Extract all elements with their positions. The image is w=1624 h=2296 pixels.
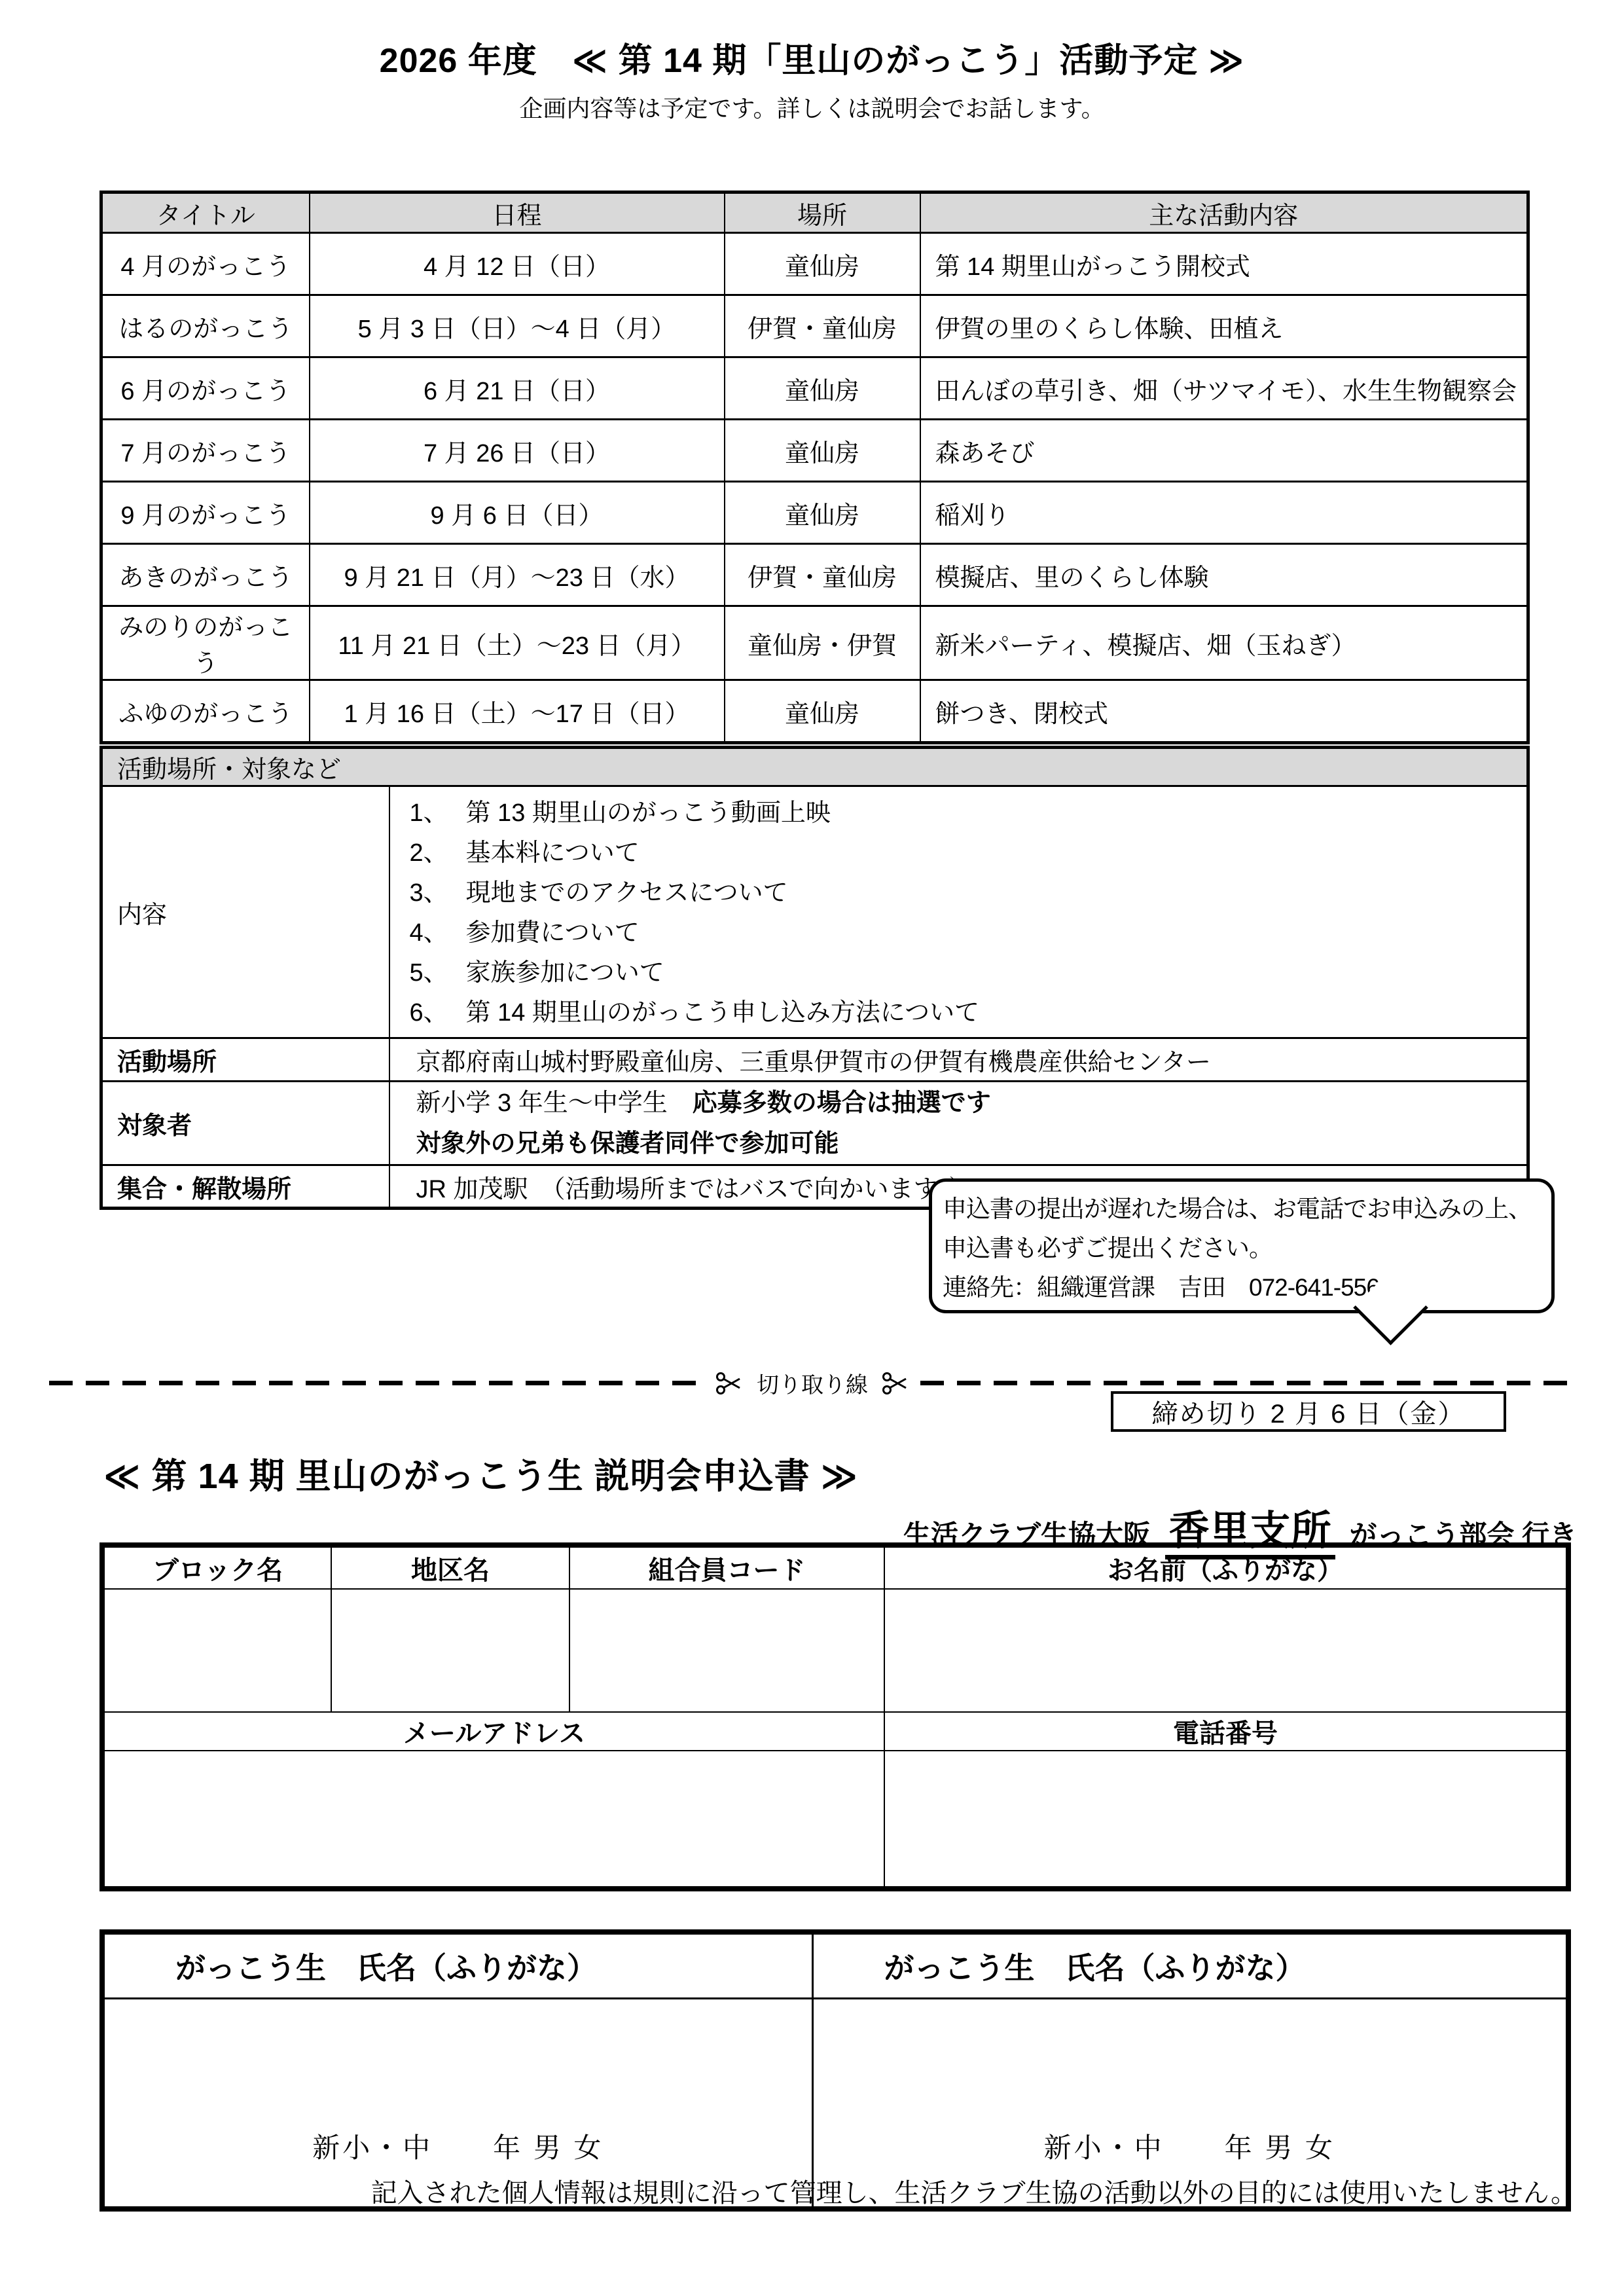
content-list-item: 2、基本料について <box>410 833 1527 873</box>
content-item-number: 3、 <box>410 873 466 913</box>
details-target-value: 新小学 3 年生～中学生 応募多数の場合は抽選です 対象外の兄弟も保護者同伴で参… <box>389 1082 1528 1165</box>
late-submission-callout: 申込書の提出が遅れた場合は、お電話でお申込みの上、 申込書も必ずご提出ください。… <box>929 1178 1555 1313</box>
schedule-cell-title: 6 月のがっこう <box>101 357 310 420</box>
content-item-number: 4、 <box>410 913 466 953</box>
page-subtitle: 企画内容等は予定です。詳しくは説明会でお話します。 <box>0 90 1624 124</box>
content-item-text: 家族参加について <box>466 953 664 993</box>
target-grade-range: 新小学 3 年生～中学生 <box>416 1089 668 1117</box>
content-list-item: 4、参加費について <box>410 913 1527 953</box>
content-item-number: 5、 <box>410 953 466 993</box>
schedule-cell-title: 4 月のがっこう <box>101 233 310 295</box>
schedule-cell-title: ふゆのがっこう <box>101 680 310 743</box>
schedule-cell-place: 童仙房 <box>725 233 920 295</box>
schedule-table: タイトル 日程 場所 主な活動内容 4 月のがっこう4 月 12 日（日）童仙房… <box>99 191 1530 744</box>
schedule-cell-title: あきのがっこう <box>101 544 310 606</box>
email-input[interactable] <box>102 1751 884 1889</box>
schedule-row: 9 月のがっこう9 月 6 日（日）童仙房稲刈り <box>101 482 1528 544</box>
details-meeting-label: 集合・解散場所 <box>101 1165 389 1209</box>
phone-header: 電話番号 <box>884 1712 1568 1751</box>
name-input[interactable] <box>884 1589 1568 1712</box>
content-item-text: 参加費について <box>466 913 640 953</box>
details-target-label: 対象者 <box>101 1082 389 1165</box>
schedule-cell-place: 伊賀・童仙房 <box>725 295 920 357</box>
schedule-row: ふゆのがっこう1 月 16 日（土）～17 日（日）童仙房餅つき、閉校式 <box>101 680 1528 743</box>
applicant-info-table: ブロック名 地区名 組合員コード お名前（ふりがな） メールアドレス 電話番号 <box>99 1542 1571 1891</box>
schedule-cell-date: 9 月 6 日（日） <box>310 482 725 544</box>
schedule-cell-activity: 新米パーティ、模擬店、畑（玉ねぎ） <box>920 606 1528 680</box>
cut-line-label: 切り取り線 <box>754 1367 871 1399</box>
scissors-icon <box>881 1369 910 1398</box>
schedule-cell-place: 童仙房・伊賀 <box>725 606 920 680</box>
details-content-label: 内容 <box>101 786 389 1038</box>
block-name-input[interactable] <box>102 1589 331 1712</box>
schedule-cell-activity: 田んぼの草引き、畑（サツマイモ）、水生生物観察会 <box>920 357 1528 420</box>
schedule-row: 6 月のがっこう6 月 21 日（日）童仙房田んぼの草引き、畑（サツマイモ）、水… <box>101 357 1528 420</box>
content-item-text: 第 13 期里山のがっこう動画上映 <box>466 793 831 833</box>
schedule-header-title: タイトル <box>101 192 310 233</box>
callout-line-3: 連絡先：組織運営課 吉田 072-641-5561 <box>943 1268 1542 1307</box>
content-item-text: 現地までのアクセスについて <box>466 873 788 913</box>
schedule-header-place: 場所 <box>725 192 920 233</box>
callout-line-1: 申込書の提出が遅れた場合は、お電話でお申込みの上、 <box>943 1190 1542 1229</box>
schedule-cell-place: 童仙房 <box>725 420 920 482</box>
cut-line: 切り取り線 <box>49 1367 1576 1399</box>
target-lottery-note: 応募多数の場合は抽選です <box>693 1089 991 1117</box>
schedule-cell-activity: 稲刈り <box>920 482 1528 544</box>
district-name-header: 地区名 <box>331 1545 569 1589</box>
member-code-header: 組合員コード <box>569 1545 884 1589</box>
schedule-header-row: タイトル 日程 場所 主な活動内容 <box>101 192 1528 233</box>
details-section-band: 活動場所・対象など <box>101 748 1528 786</box>
student-name-header-right: がっこう生 氏名（ふりがな） <box>812 1932 1568 1999</box>
schedule-cell-date: 7 月 26 日（日） <box>310 420 725 482</box>
schedule-row: はるのがっこう5 月 3 日（日）～4 日（月）伊賀・童仙房伊賀の里のくらし体験… <box>101 295 1528 357</box>
name-header: お名前（ふりがな） <box>884 1545 1568 1589</box>
content-list-item: 6、第 14 期里山のがっこう申し込み方法について <box>410 993 1527 1033</box>
schedule-header-activity: 主な活動内容 <box>920 192 1528 233</box>
privacy-note: 記入された個人情報は規則に沿って管理し、生活クラブ生協の活動以外の目的には使用い… <box>371 2172 1577 2210</box>
details-table: 活動場所・対象など 内容 1、第 13 期里山のがっこう動画上映2、基本料につい… <box>99 746 1530 1210</box>
explanation-content-list: 1、第 13 期里山のがっこう動画上映2、基本料について3、現地までのアクセスに… <box>390 787 1527 1037</box>
content-list-item: 3、現地までのアクセスについて <box>410 873 1527 913</box>
email-header: メールアドレス <box>102 1712 884 1751</box>
schedule-row: みのりのがっこう11 月 21 日（土）～23 日（月）童仙房・伊賀新米パーティ… <box>101 606 1528 680</box>
content-item-text: 第 14 期里山のがっこう申し込み方法について <box>466 993 980 1033</box>
block-name-header: ブロック名 <box>102 1545 331 1589</box>
schedule-cell-date: 9 月 21 日（月）～23 日（水） <box>310 544 725 606</box>
callout-line-2: 申込書も必ずご提出ください。 <box>943 1229 1542 1268</box>
content-item-text: 基本料について <box>466 833 640 873</box>
cut-line-dashes-left <box>49 1381 704 1385</box>
target-sibling-note: 対象外の兄弟も保護者同伴で参加可能 <box>416 1123 1527 1164</box>
content-list-item: 1、第 13 期里山のがっこう動画上映 <box>410 793 1527 833</box>
schedule-cell-date: 11 月 21 日（土）～23 日（月） <box>310 606 725 680</box>
student-name-table: がっこう生 氏名（ふりがな） がっこう生 氏名（ふりがな） 新小・中 年 男 女… <box>99 1929 1571 2212</box>
details-place-value: 京都府南山城村野殿童仙房、三重県伊賀市の伊賀有機農産供給センター <box>389 1038 1528 1082</box>
content-item-number: 2、 <box>410 833 466 873</box>
schedule-cell-date: 1 月 16 日（土）～17 日（日） <box>310 680 725 743</box>
content-list-item: 5、家族参加について <box>410 953 1527 993</box>
schedule-cell-place: 童仙房 <box>725 680 920 743</box>
details-place-label: 活動場所 <box>101 1038 389 1082</box>
content-item-number: 6、 <box>410 993 466 1033</box>
schedule-cell-place: 伊賀・童仙房 <box>725 544 920 606</box>
schedule-cell-date: 6 月 21 日（日） <box>310 357 725 420</box>
page-title: 2026 年度 ≪ 第 14 期「里山のがっこう」活動予定 ≫ <box>0 33 1624 82</box>
cut-line-dashes-right <box>920 1381 1576 1385</box>
schedule-cell-title: 7 月のがっこう <box>101 420 310 482</box>
content-item-number: 1、 <box>410 793 466 833</box>
schedule-cell-place: 童仙房 <box>725 482 920 544</box>
scissors-icon <box>715 1369 744 1398</box>
schedule-cell-date: 4 月 12 日（日） <box>310 233 725 295</box>
member-code-input[interactable] <box>569 1589 884 1712</box>
student-name-header-left: がっこう生 氏名（ふりがな） <box>102 1932 812 1999</box>
schedule-cell-title: みのりのがっこう <box>101 606 310 680</box>
schedule-cell-title: はるのがっこう <box>101 295 310 357</box>
schedule-row: 4 月のがっこう4 月 12 日（日）童仙房第 14 期里山がっこう開校式 <box>101 233 1528 295</box>
schedule-cell-place: 童仙房 <box>725 357 920 420</box>
schedule-cell-activity: 伊賀の里のくらし体験、田植え <box>920 295 1528 357</box>
schedule-cell-date: 5 月 3 日（日）～4 日（月） <box>310 295 725 357</box>
schedule-cell-activity: 第 14 期里山がっこう開校式 <box>920 233 1528 295</box>
district-name-input[interactable] <box>331 1589 569 1712</box>
application-form-title: ≪ 第 14 期 里山のがっこう生 説明会申込書 ≫ <box>103 1448 858 1499</box>
schedule-row: あきのがっこう9 月 21 日（月）～23 日（水）伊賀・童仙房模擬店、里のくら… <box>101 544 1528 606</box>
schedule-cell-activity: 森あそび <box>920 420 1528 482</box>
phone-input[interactable] <box>884 1751 1568 1889</box>
schedule-cell-activity: 餅つき、閉校式 <box>920 680 1528 743</box>
schedule-row: 7 月のがっこう7 月 26 日（日）童仙房森あそび <box>101 420 1528 482</box>
schedule-cell-activity: 模擬店、里のくらし体験 <box>920 544 1528 606</box>
schedule-cell-title: 9 月のがっこう <box>101 482 310 544</box>
schedule-header-date: 日程 <box>310 192 725 233</box>
